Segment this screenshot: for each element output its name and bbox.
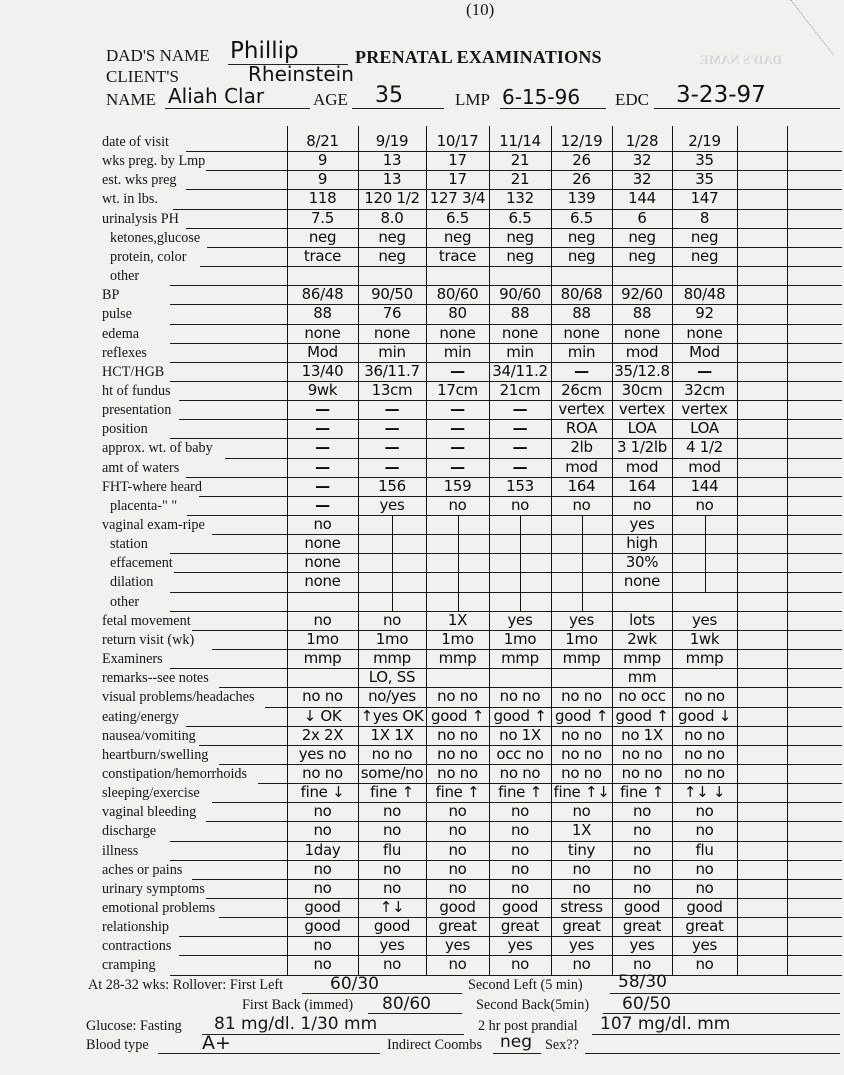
table-cell[interactable]: no <box>360 804 424 819</box>
table-cell[interactable]: 7.5 <box>289 211 356 226</box>
row-label: aches or pains <box>102 863 182 877</box>
table-cell[interactable]: no <box>674 862 735 877</box>
table-cell[interactable]: 17cm <box>428 383 487 398</box>
table-cell[interactable]: yes <box>674 938 735 953</box>
table-cell[interactable]: 8 <box>674 211 735 226</box>
table-cell[interactable]: yes <box>674 613 735 628</box>
table-cell[interactable]: no <box>360 881 424 896</box>
table-cell[interactable]: no <box>360 823 424 838</box>
table-cell[interactable]: min <box>553 345 610 360</box>
table-cell[interactable]: — <box>289 440 356 455</box>
table-cell[interactable]: 1X <box>553 823 610 838</box>
table-cell[interactable]: 17 <box>428 153 487 168</box>
table-cell[interactable]: 13 <box>360 172 424 187</box>
table-cell[interactable]: 159 <box>428 479 487 494</box>
table-cell[interactable]: Mod <box>674 345 735 360</box>
table-cell[interactable]: 139 <box>553 191 610 206</box>
table-cell[interactable]: — <box>553 364 610 379</box>
table-cell[interactable]: vertex <box>614 402 670 417</box>
row-rule <box>179 400 842 401</box>
table-cell[interactable]: 164 <box>614 479 670 494</box>
row-label: eating/energy <box>102 710 179 724</box>
table-cell[interactable]: no occ <box>614 689 670 704</box>
table-cell[interactable]: no <box>289 938 356 953</box>
table-cell[interactable]: — <box>674 364 735 379</box>
table-cell[interactable]: no <box>553 498 610 513</box>
table-cell[interactable]: no <box>614 843 670 858</box>
table-cell[interactable]: neg <box>491 249 549 264</box>
table-cell[interactable]: 80/68 <box>553 287 610 302</box>
table-cell[interactable]: yes <box>360 938 424 953</box>
table-cell[interactable]: great <box>614 919 670 934</box>
post-prandial-line <box>592 1034 840 1035</box>
table-cell[interactable]: mod <box>614 460 670 475</box>
glucose-fasting-value[interactable]: 81 mg/dl. 1/30 mm <box>214 1014 377 1034</box>
table-cell[interactable]: none <box>428 326 487 341</box>
table-cell[interactable]: 88 <box>553 306 610 321</box>
table-cell[interactable]: 118 <box>289 191 356 206</box>
table-cell[interactable]: good <box>614 900 670 915</box>
table-cell[interactable]: neg <box>553 230 610 245</box>
table-cell[interactable]: 30% <box>614 555 670 570</box>
table-cell[interactable]: no <box>553 881 610 896</box>
table-cell[interactable]: 1wk <box>674 632 735 647</box>
table-cell[interactable]: neg <box>360 230 424 245</box>
table-cell[interactable]: no no <box>553 766 610 781</box>
table-cell[interactable]: 1X 1X <box>360 728 424 743</box>
table-cell[interactable]: 35/12.8 <box>614 364 670 379</box>
table-cell[interactable]: 32cm <box>674 383 735 398</box>
table-cell[interactable]: no <box>289 823 356 838</box>
table-cell[interactable]: — <box>428 440 487 455</box>
table-cell[interactable]: good ↓ <box>674 709 735 724</box>
table-cell[interactable]: no no <box>553 689 610 704</box>
row-label: other <box>110 595 139 609</box>
table-cell[interactable]: neg <box>614 249 670 264</box>
table-cell[interactable]: good <box>289 900 356 915</box>
table-cell[interactable]: neg <box>614 230 670 245</box>
table-cell[interactable]: 8/21 <box>289 134 356 149</box>
row-rule <box>186 477 842 478</box>
row-rule <box>219 687 842 688</box>
table-cell[interactable]: no no <box>674 747 735 762</box>
table-cell[interactable]: good ↑ <box>491 709 549 724</box>
table-cell[interactable]: 34/11.2 <box>491 364 549 379</box>
table-cell[interactable]: trace <box>428 249 487 264</box>
table-cell[interactable]: no <box>491 881 549 896</box>
table-cell[interactable]: 13 <box>360 153 424 168</box>
table-cell[interactable]: LO, SS <box>360 670 424 685</box>
table-cell[interactable]: no <box>360 613 424 628</box>
table-cell[interactable]: — <box>491 421 549 436</box>
table-cell[interactable]: 13cm <box>360 383 424 398</box>
table-cell[interactable]: no <box>428 957 487 972</box>
table-cell[interactable]: ↓ OK <box>289 709 356 724</box>
table-cell[interactable]: 21 <box>491 153 549 168</box>
table-cell[interactable]: no <box>360 862 424 877</box>
table-cell[interactable]: 1day <box>289 843 356 858</box>
table-cell[interactable]: good <box>428 900 487 915</box>
table-cell[interactable]: — <box>491 440 549 455</box>
table-cell[interactable]: no <box>553 957 610 972</box>
table-cell[interactable]: 80/60 <box>428 287 487 302</box>
table-cell[interactable]: no <box>674 804 735 819</box>
table-cell[interactable]: no <box>614 823 670 838</box>
table-cell[interactable]: tiny <box>553 843 610 858</box>
table-cell[interactable]: occ no <box>491 747 549 762</box>
table-cell[interactable]: none <box>614 326 670 341</box>
table-cell[interactable]: no <box>491 804 549 819</box>
table-cell[interactable]: 90/60 <box>491 287 549 302</box>
table-cell[interactable]: yes <box>553 613 610 628</box>
table-cell[interactable]: no no <box>674 766 735 781</box>
table-cell[interactable]: trace <box>289 249 356 264</box>
table-cell[interactable]: good <box>360 919 424 934</box>
row-label: dilation <box>110 575 153 589</box>
table-cell[interactable]: no no <box>428 689 487 704</box>
table-cell[interactable]: great <box>491 919 549 934</box>
table-cell[interactable]: 32 <box>614 172 670 187</box>
table-cell[interactable]: 26 <box>553 153 610 168</box>
table-cell[interactable]: no <box>289 613 356 628</box>
table-cell[interactable]: neg <box>674 249 735 264</box>
table-cell[interactable]: 11/14 <box>491 134 549 149</box>
table-cell[interactable]: 26cm <box>553 383 610 398</box>
table-cell[interactable]: none <box>289 555 356 570</box>
table-cell[interactable]: — <box>289 402 356 417</box>
table-cell[interactable]: LOA <box>614 421 670 436</box>
table-cell[interactable]: 6.5 <box>553 211 610 226</box>
table-cell[interactable]: lots <box>614 613 670 628</box>
table-cell[interactable]: no <box>491 957 549 972</box>
table-cell[interactable]: 120 1/2 <box>360 191 424 206</box>
table-cell[interactable]: none <box>553 326 610 341</box>
row-rule <box>219 764 842 765</box>
table-cell[interactable]: no no <box>674 728 735 743</box>
table-cell[interactable]: neg <box>674 230 735 245</box>
table-cell[interactable]: 156 <box>360 479 424 494</box>
table-cell[interactable]: 9 <box>289 153 356 168</box>
table-cell[interactable]: no no <box>553 728 610 743</box>
continuation-stroke <box>520 515 521 534</box>
table-cell[interactable]: none <box>289 326 356 341</box>
table-cell[interactable]: 76 <box>360 306 424 321</box>
table-cell[interactable]: mod <box>674 460 735 475</box>
table-cell[interactable]: 2/19 <box>674 134 735 149</box>
table-cell[interactable]: 88 <box>289 306 356 321</box>
continuation-stroke <box>705 534 706 553</box>
table-cell[interactable]: no <box>491 823 549 838</box>
table-cell[interactable]: 6.5 <box>428 211 487 226</box>
table-cell[interactable]: good ↑ <box>553 709 610 724</box>
table-cell[interactable]: yes <box>614 517 670 532</box>
table-cell[interactable]: ↑yes OK <box>360 709 424 724</box>
table-cell[interactable]: vertex <box>553 402 610 417</box>
table-cell[interactable]: none <box>289 536 356 551</box>
table-cell[interactable]: good ↑ <box>428 709 487 724</box>
table-cell[interactable]: yes <box>491 938 549 953</box>
table-cell[interactable]: no no <box>614 766 670 781</box>
table-cell[interactable]: fine ↓ <box>289 785 356 800</box>
table-cell[interactable]: fine ↑ <box>428 785 487 800</box>
table-cell[interactable]: no <box>553 862 610 877</box>
table-cell[interactable]: — <box>428 460 487 475</box>
table-cell[interactable]: 1mo <box>360 632 424 647</box>
table-cell[interactable]: ROA <box>553 421 610 436</box>
table-cell[interactable]: 1mo <box>289 632 356 647</box>
row-label: nausea/vomiting <box>102 729 196 743</box>
table-cell[interactable]: no <box>674 957 735 972</box>
table-cell[interactable]: 21 <box>491 172 549 187</box>
table-cell[interactable]: min <box>428 345 487 360</box>
table-cell[interactable]: — <box>428 402 487 417</box>
table-cell[interactable]: 17 <box>428 172 487 187</box>
table-cell[interactable]: no no <box>289 689 356 704</box>
table-cell[interactable]: no <box>491 498 549 513</box>
table-cell[interactable]: — <box>289 421 356 436</box>
table-cell[interactable]: fine ↑ <box>614 785 670 800</box>
table-cell[interactable]: 2wk <box>614 632 670 647</box>
table-cell[interactable]: no <box>360 957 424 972</box>
table-cell[interactable]: stress <box>553 900 610 915</box>
table-cell[interactable]: no no <box>289 766 356 781</box>
table-cell[interactable]: none <box>614 574 670 589</box>
table-cell[interactable]: no no <box>428 728 487 743</box>
table-cell[interactable]: neg <box>360 249 424 264</box>
row-label: pulse <box>102 307 132 321</box>
table-cell[interactable]: 4 1/2 <box>674 440 735 455</box>
table-cell[interactable]: no <box>289 881 356 896</box>
second-left-value[interactable]: 58/30 <box>618 972 667 992</box>
first-left-value[interactable]: 60/30 <box>330 974 379 994</box>
table-cell[interactable]: flu <box>674 843 735 858</box>
table-cell[interactable]: no no <box>428 766 487 781</box>
table-cell[interactable]: great <box>428 919 487 934</box>
table-cell[interactable]: 32 <box>614 153 670 168</box>
table-cell[interactable]: — <box>428 364 487 379</box>
table-cell[interactable]: 10/17 <box>428 134 487 149</box>
row-label: discharge <box>102 824 156 838</box>
table-cell[interactable]: 36/11.7 <box>360 364 424 379</box>
row-rule <box>186 151 842 152</box>
table-cell[interactable]: no no <box>428 747 487 762</box>
table-cell[interactable]: 6 <box>614 211 670 226</box>
blood-type-label: Blood type <box>86 1037 149 1054</box>
table-cell[interactable]: yes <box>360 498 424 513</box>
table-cell[interactable]: yes no <box>289 747 356 762</box>
table-cell[interactable]: no no <box>360 747 424 762</box>
table-cell[interactable]: mod <box>553 460 610 475</box>
table-cell[interactable]: 12/19 <box>553 134 610 149</box>
table-cell[interactable]: 35 <box>674 153 735 168</box>
table-cell[interactable]: flu <box>360 843 424 858</box>
table-cell[interactable]: ↑↓ <box>360 900 424 915</box>
table-cell[interactable]: neg <box>553 249 610 264</box>
table-cell[interactable]: yes <box>614 938 670 953</box>
table-cell[interactable]: ↑↓ ↓ <box>674 785 735 800</box>
table-cell[interactable]: 1mo <box>428 632 487 647</box>
table-cell[interactable]: — <box>360 421 424 436</box>
table-cell[interactable]: great <box>674 919 735 934</box>
table-cell[interactable]: high <box>614 536 670 551</box>
table-cell[interactable]: no no <box>614 747 670 762</box>
blood-type-value[interactable]: A+ <box>202 1032 231 1054</box>
second-back-value[interactable]: 60/50 <box>622 994 671 1014</box>
post-prandial-value[interactable]: 107 mg/dl. mm <box>600 1014 730 1034</box>
table-cell[interactable]: no <box>614 881 670 896</box>
table-cell[interactable]: no <box>428 498 487 513</box>
table-cell[interactable]: 30cm <box>614 383 670 398</box>
table-cell[interactable]: no <box>674 498 735 513</box>
table-cell[interactable]: good ↑ <box>614 709 670 724</box>
table-cell[interactable]: no/yes <box>360 689 424 704</box>
table-cell[interactable]: great <box>553 919 610 934</box>
table-cell[interactable]: 6.5 <box>491 211 549 226</box>
table-cell[interactable]: 1mo <box>553 632 610 647</box>
table-cell[interactable]: fine ↑ <box>491 785 549 800</box>
table-cell[interactable]: no <box>614 804 670 819</box>
table-cell[interactable]: yes <box>553 938 610 953</box>
table-cell[interactable]: no <box>491 862 549 877</box>
table-cell[interactable]: 2lb <box>553 440 610 455</box>
table-cell[interactable]: no <box>428 804 487 819</box>
table-cell[interactable]: 26 <box>553 172 610 187</box>
table-cell[interactable]: yes <box>428 938 487 953</box>
table-cell[interactable]: no <box>614 862 670 877</box>
table-cell[interactable]: yes <box>491 613 549 628</box>
table-cell[interactable]: no no <box>674 689 735 704</box>
table-cell[interactable]: neg <box>289 230 356 245</box>
glucose-line <box>202 1034 464 1035</box>
table-cell[interactable]: 2x 2X <box>289 728 356 743</box>
table-cell[interactable]: mmp <box>491 651 549 666</box>
table-cell[interactable]: — <box>360 460 424 475</box>
table-cell[interactable]: — <box>491 402 549 417</box>
table-cell[interactable]: 92/60 <box>614 287 670 302</box>
table-cell[interactable]: no <box>674 881 735 896</box>
table-cell[interactable]: 9wk <box>289 383 356 398</box>
table-cell[interactable]: — <box>428 421 487 436</box>
table-cell[interactable]: mm <box>614 670 670 685</box>
first-back-value[interactable]: 80/60 <box>382 994 431 1014</box>
table-cell[interactable]: 80 <box>428 306 487 321</box>
table-cell[interactable]: good <box>289 919 356 934</box>
table-cell[interactable]: no <box>428 843 487 858</box>
table-cell[interactable]: no <box>289 862 356 877</box>
table-cell[interactable]: 35 <box>674 172 735 187</box>
table-cell[interactable]: 8.0 <box>360 211 424 226</box>
table-cell[interactable]: mmp <box>360 651 424 666</box>
table-cell[interactable]: — <box>491 460 549 475</box>
table-cell[interactable]: none <box>289 574 356 589</box>
table-cell[interactable]: no 1X <box>491 728 549 743</box>
table-cell[interactable]: Mod <box>289 345 356 360</box>
table-cell[interactable]: no 1X <box>614 728 670 743</box>
table-cell[interactable]: no no <box>553 747 610 762</box>
table-cell[interactable]: 80/48 <box>674 287 735 302</box>
table-cell[interactable]: no <box>614 498 670 513</box>
table-cell[interactable]: none <box>360 326 424 341</box>
table-cell[interactable]: 144 <box>674 479 735 494</box>
row-label: station <box>110 537 148 551</box>
table-cell[interactable]: 164 <box>553 479 610 494</box>
table-cell[interactable]: mmp <box>553 651 610 666</box>
table-cell[interactable]: mod <box>614 345 670 360</box>
table-cell[interactable]: no <box>428 823 487 838</box>
table-cell[interactable]: 147 <box>674 191 735 206</box>
table-cell[interactable]: 1/28 <box>614 134 670 149</box>
table-cell[interactable]: 144 <box>614 191 670 206</box>
table-cell[interactable]: no <box>289 804 356 819</box>
table-cell[interactable]: — <box>289 498 356 513</box>
table-cell[interactable]: 21cm <box>491 383 549 398</box>
table-cell[interactable]: mmp <box>289 651 356 666</box>
table-cell[interactable]: none <box>491 326 549 341</box>
table-cell[interactable]: 153 <box>491 479 549 494</box>
table-cell[interactable]: 127 3/4 <box>428 191 487 206</box>
table-cell[interactable]: no <box>614 957 670 972</box>
row-label: date of visit <box>102 135 169 149</box>
table-cell[interactable]: neg <box>491 230 549 245</box>
table-cell[interactable]: mmp <box>674 651 735 666</box>
table-cell[interactable]: no <box>428 862 487 877</box>
table-cell[interactable]: — <box>289 460 356 475</box>
table-cell[interactable]: 3 1/2lb <box>614 440 670 455</box>
table-cell[interactable]: min <box>360 345 424 360</box>
table-cell[interactable]: vertex <box>674 402 735 417</box>
table-cell[interactable]: good <box>491 900 549 915</box>
table-cell[interactable]: no <box>289 957 356 972</box>
table-cell[interactable]: 9/19 <box>360 134 424 149</box>
table-cell[interactable]: 1X <box>428 613 487 628</box>
table-cell[interactable]: 92 <box>674 306 735 321</box>
table-cell[interactable]: good <box>674 900 735 915</box>
table-cell[interactable]: some/no <box>360 766 424 781</box>
table-cell[interactable]: LOA <box>674 421 735 436</box>
table-cell[interactable]: no <box>674 823 735 838</box>
table-cell[interactable]: — <box>360 440 424 455</box>
table-cell[interactable]: mmp <box>614 651 670 666</box>
table-cell[interactable]: 132 <box>491 191 549 206</box>
table-cell[interactable]: mmp <box>428 651 487 666</box>
table-cell[interactable]: no <box>491 843 549 858</box>
table-cell[interactable]: 88 <box>614 306 670 321</box>
row-rule <box>170 592 842 593</box>
coombs-value[interactable]: neg <box>500 1032 532 1052</box>
table-cell[interactable]: 1mo <box>491 632 549 647</box>
glucose-label: Glucose: Fasting <box>86 1018 182 1035</box>
table-cell[interactable]: min <box>491 345 549 360</box>
table-cell[interactable]: 9 <box>289 172 356 187</box>
table-cell[interactable]: 86/48 <box>289 287 356 302</box>
table-cell[interactable]: no <box>289 517 356 532</box>
table-cell[interactable]: none <box>674 326 735 341</box>
table-cell[interactable]: no <box>553 804 610 819</box>
table-cell[interactable]: no no <box>491 689 549 704</box>
table-cell[interactable]: 13/40 <box>289 364 356 379</box>
row-rule <box>179 936 842 937</box>
table-cell[interactable]: fine ↑↓ <box>553 785 610 800</box>
row-rule <box>170 611 842 612</box>
table-cell[interactable]: 90/50 <box>360 287 424 302</box>
table-cell[interactable]: fine ↑ <box>360 785 424 800</box>
table-cell[interactable]: — <box>289 479 356 494</box>
table-cell[interactable]: 88 <box>491 306 549 321</box>
table-cell[interactable]: no <box>428 881 487 896</box>
table-cell[interactable]: no no <box>491 766 549 781</box>
table-cell[interactable]: neg <box>428 230 487 245</box>
table-cell[interactable]: — <box>360 402 424 417</box>
